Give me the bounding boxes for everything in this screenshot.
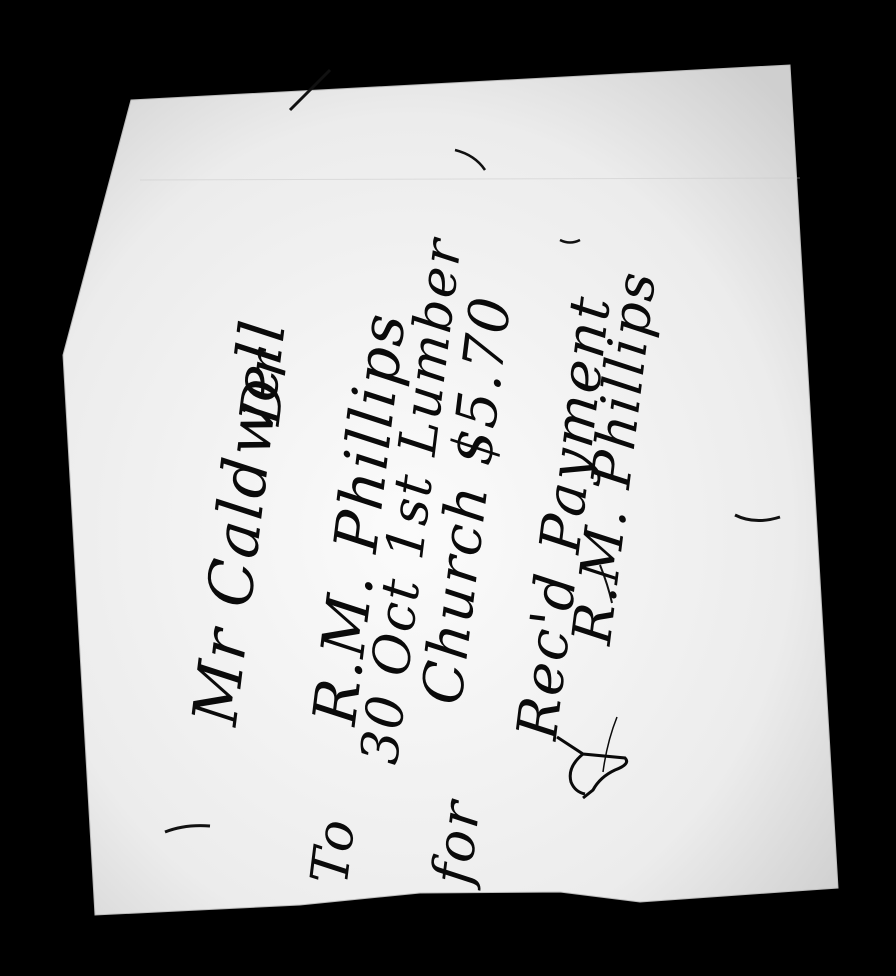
paper-sheet — [0, 0, 896, 976]
scanned-document — [0, 0, 896, 976]
